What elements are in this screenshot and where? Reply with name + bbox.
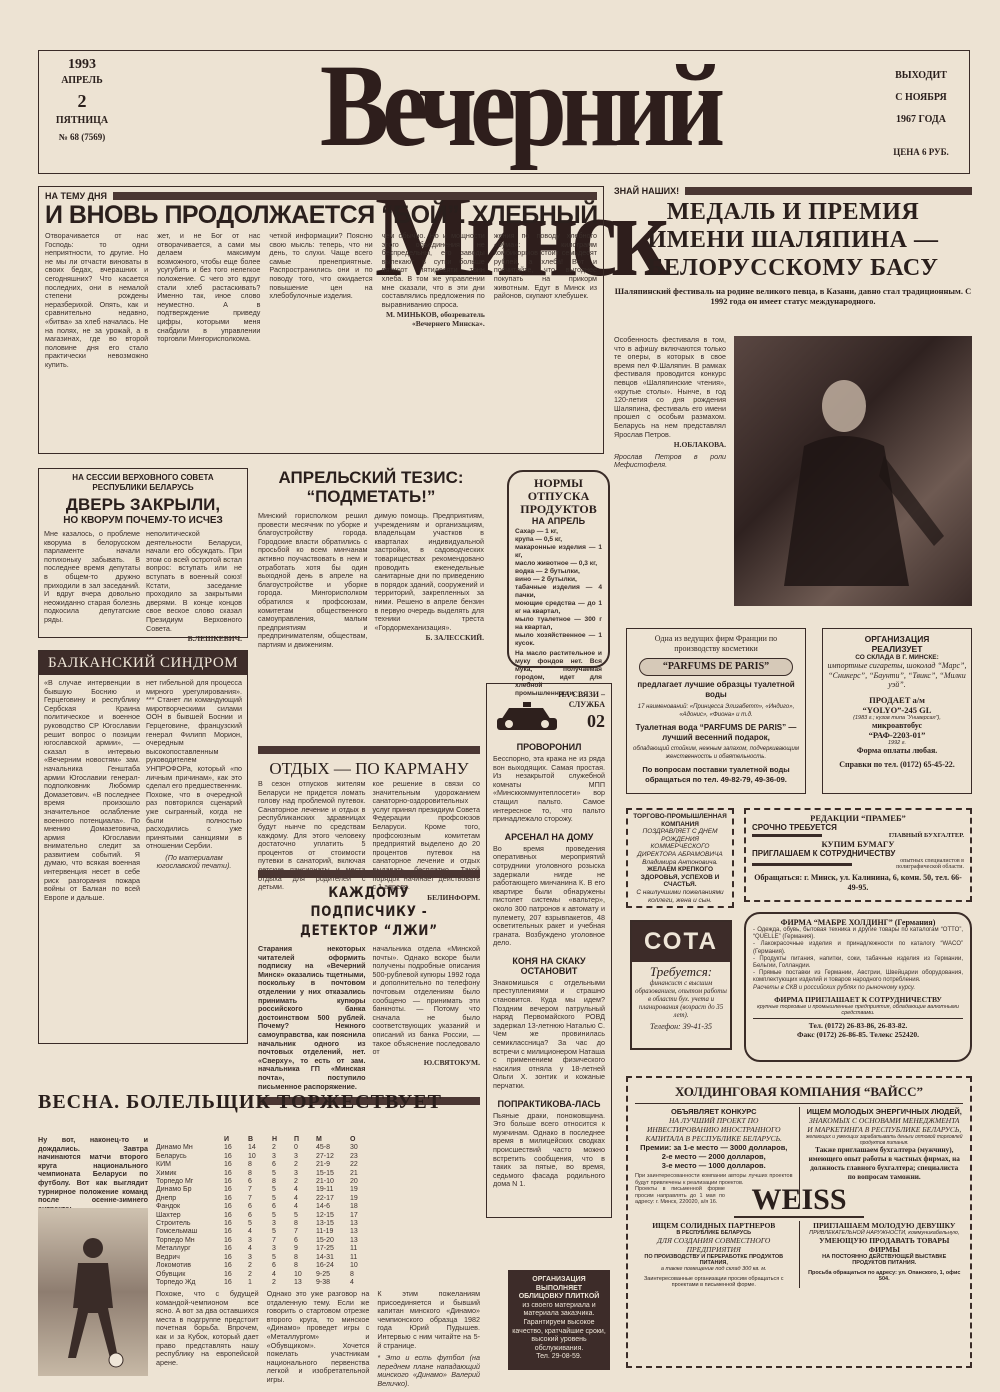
tile-ad: ОРГАНИЗАЦИЯ ВЫПОЛНЯЕТ ОБЛИЦОВКУ ПЛИТКОЙ … bbox=[508, 1270, 610, 1370]
feature-lead: Шаляпинский фестиваль на родине великого… bbox=[614, 286, 972, 306]
lead-article: НА ТЕМУ ДНЯ И ВНОВЬ ПРОДОЛЖАЕТСЯ “БОЙ”. … bbox=[38, 186, 604, 454]
mabre-items: - Одежда, обувь, бытовая техника и други… bbox=[753, 927, 963, 992]
lead-kicker: НА ТЕМУ ДНЯ bbox=[45, 191, 107, 201]
table-row: Строитель1653813-1513 bbox=[156, 1220, 363, 1228]
team-name: Гомсельмаш bbox=[156, 1228, 224, 1236]
parfums-desc: обладающий стойким, нежным запахом, подч… bbox=[633, 746, 799, 761]
stat-cell: 16 bbox=[224, 1186, 248, 1194]
stat-cell: 6 bbox=[272, 1203, 294, 1211]
table-row: Металлург1643917-2511 bbox=[156, 1245, 363, 1253]
balkan-article: БАЛКАНСКИЙ СИНДРОМ «В случае интервенции… bbox=[38, 650, 248, 1044]
stat-cell: 15-20 bbox=[316, 1237, 350, 1245]
team-name: Химик bbox=[156, 1170, 224, 1178]
april-article: АПРЕЛЬСКИЙ ТЕЗИС: “ПОДМЕТАТЬ!” Минский г… bbox=[258, 468, 484, 696]
norms-list: Сахар — 1 кг,крупа — 0,5 кг,макаронные и… bbox=[515, 528, 602, 698]
stat-cell: 7 bbox=[248, 1195, 272, 1203]
stat-cell: 18 bbox=[350, 1203, 363, 1211]
sota-logo: СОТА bbox=[632, 922, 730, 962]
team-name: Торпедо Мг bbox=[156, 1178, 224, 1186]
stat-cell: 3 bbox=[294, 1153, 316, 1161]
stat-cell: 9-38 bbox=[316, 1279, 350, 1287]
stat-cell: 7 bbox=[294, 1228, 316, 1236]
masthead-since-2: С НОЯБРЯ bbox=[881, 87, 961, 109]
lead-col-3: четкой информации? Поясню свою мысль: те… bbox=[269, 232, 372, 370]
stat-cell: 3 bbox=[248, 1237, 272, 1245]
session-kicker: НА СЕССИИ ВЕРХОВНОГО СОВЕТА РЕСПУБЛИКИ Б… bbox=[44, 473, 242, 493]
stat-cell: 14-6 bbox=[316, 1203, 350, 1211]
stat-cell: 6 bbox=[272, 1161, 294, 1169]
greeting-ad: ТОРГОВО-ПРОМЫШЛЕННАЯ КОМПАНИЯ ПОЗДРАВЛЯЕ… bbox=[626, 808, 734, 908]
parfums-list: 17 наименований: «Принцесса Элизабетт», … bbox=[633, 704, 799, 719]
football-headline: ВЕСНА. БОЛЕЛЬЩИК ТОРЖЕСТВУЕТ bbox=[38, 1090, 480, 1114]
stat-cell: 27-12 bbox=[316, 1153, 350, 1161]
stat-cell: 6 bbox=[272, 1262, 294, 1270]
stat-cell: 16 bbox=[224, 1161, 248, 1169]
parfums-intro: Одна из ведущих фирм Франции по производ… bbox=[633, 634, 799, 654]
stat-cell: 21-10 bbox=[316, 1178, 350, 1186]
stat-cell: 6 bbox=[248, 1203, 272, 1211]
lead-col-1: Отворачивается от нас Господь: то одни н… bbox=[45, 232, 148, 370]
feature-text: Особенность фестиваля в том, что в афишу… bbox=[614, 336, 726, 470]
stat-cell: 4 bbox=[294, 1186, 316, 1194]
team-name: Обувщик bbox=[156, 1271, 224, 1279]
stat-cell: 12-15 bbox=[316, 1212, 350, 1220]
team-name: Динамо Мн bbox=[156, 1144, 224, 1152]
stat-cell: 2 bbox=[294, 1161, 316, 1169]
stat-cell: 11-19 bbox=[316, 1228, 350, 1236]
stat-cell: 3 bbox=[272, 1153, 294, 1161]
stat-cell: 6 bbox=[248, 1178, 272, 1186]
stat-cell: 20 bbox=[350, 1178, 363, 1186]
stat-cell: 2 bbox=[272, 1144, 294, 1152]
football-photo bbox=[38, 1208, 148, 1376]
stat-cell: 13 bbox=[294, 1279, 316, 1287]
balkan-columns: «В случае интервенции в бывшую Боснию и … bbox=[39, 675, 247, 906]
stat-cell: 10 bbox=[294, 1271, 316, 1279]
table-row: Динамо Бр1675419-1119 bbox=[156, 1186, 363, 1194]
team-name: Строитель bbox=[156, 1220, 224, 1228]
session-columns: Мне казалось, о проблеме кворума в белор… bbox=[44, 530, 242, 644]
lead-headline: И ВНОВЬ ПРОДОЛЖАЕТСЯ “БОЙ”. ХЛЕБНЫЙ bbox=[45, 201, 597, 229]
lead-columns: Отворачивается от нас Господь: то одни н… bbox=[45, 232, 597, 370]
subscriber-columns: Старания некоторых читателей оформить по… bbox=[258, 945, 480, 1091]
subscriber-article: КАЖДОМУ ПОДПИСЧИКУ - ДЕТЕКТОР “ЛЖИ” Стар… bbox=[258, 870, 480, 1070]
stat-cell: 8 bbox=[294, 1262, 316, 1270]
feature-signature: Н.ОБЛАКОВА. bbox=[614, 441, 726, 450]
stat-cell: 22-17 bbox=[316, 1195, 350, 1203]
arrow-right-icon bbox=[752, 863, 852, 866]
stat-cell: 16 bbox=[224, 1203, 248, 1211]
stat-cell: 16 bbox=[224, 1228, 248, 1236]
stat-cell: 16 bbox=[224, 1195, 248, 1203]
stat-cell: 8 bbox=[248, 1161, 272, 1169]
stat-cell: 5 bbox=[272, 1212, 294, 1220]
stat-cell: 2 bbox=[248, 1262, 272, 1270]
stat-cell: 16 bbox=[224, 1153, 248, 1161]
team-name: Фандок bbox=[156, 1203, 224, 1211]
weiss-logo: WEISS bbox=[734, 1184, 864, 1218]
masthead-since-1: ВЫХОДИТ bbox=[881, 65, 961, 87]
tile-ad-phone: Тел. 29-08-59. bbox=[512, 1353, 606, 1362]
masthead-date-block: 1993 АПРЕЛЬ 2 ПЯТНИЦА № 68 (7569) bbox=[47, 57, 117, 145]
session-headline: ДВЕРЬ ЗАКРЫЛИ, bbox=[44, 495, 242, 515]
stat-cell: 3 bbox=[248, 1254, 272, 1262]
parfums-slogan: Туалетная вода “PARFUMS DE PARIS” — лучш… bbox=[633, 723, 799, 743]
stat-cell: 19 bbox=[350, 1186, 363, 1194]
tile-ad-line2: ВЫПОЛНЯЕТ bbox=[512, 1285, 606, 1294]
stat-cell: 11 bbox=[350, 1254, 363, 1262]
parfums-offer: предлагает лучшие образцы туалетной воды bbox=[633, 680, 799, 700]
stat-cell: 17-25 bbox=[316, 1245, 350, 1253]
org-bus-model: “РАФ-2203-01” bbox=[827, 730, 967, 740]
stat-cell: 3 bbox=[272, 1220, 294, 1228]
stat-cell: 0 bbox=[294, 1144, 316, 1152]
stat-cell: 4 bbox=[350, 1279, 363, 1287]
tile-ad-line3: ОБЛИЦОВКУ ПЛИТКОЙ bbox=[512, 1293, 606, 1302]
parfums-ad: Одна из ведущих фирм Франции по производ… bbox=[626, 628, 806, 794]
masthead-month: АПРЕЛЬ bbox=[47, 73, 117, 89]
lead-col-4: чем обычно. Но и мощности этого объедине… bbox=[382, 232, 485, 370]
feature-caption: Ярослав Петров в роли Мефистофеля. bbox=[614, 453, 726, 470]
table-row: Днепр1675422-1719 bbox=[156, 1195, 363, 1203]
stat-cell: 1 bbox=[248, 1279, 272, 1287]
mabre-ad: ФИРМА “МАБРЕ ХОЛДИНГ” (Германия) - Одежд… bbox=[744, 912, 972, 1062]
org-sells: ПРОДАЕТ а/м bbox=[827, 695, 967, 705]
feature-kicker: ЗНАЙ НАШИХ! bbox=[614, 186, 679, 196]
section-rule bbox=[258, 746, 480, 754]
prameb-urgent: СРОЧНО ТРЕБУЕТСЯ bbox=[752, 823, 964, 832]
stat-cell: 7 bbox=[248, 1186, 272, 1194]
stat-cell: 13 bbox=[350, 1237, 363, 1245]
stat-cell: 8 bbox=[272, 1178, 294, 1186]
weiss-girl: ПРИГЛАШАЕМ МОЛОДУЮ ДЕВУШКУ ПРИВЛЕКАТЕЛЬН… bbox=[800, 1221, 964, 1288]
football-article: ВЕСНА. БОЛЕЛЬЩИК ТОРЖЕСТВУЕТ Ну вот, нак… bbox=[38, 1090, 480, 1385]
org-bus: микроавтобус bbox=[827, 721, 967, 730]
police-column: НА СВЯЗИ – СЛУЖБА 02 ПРОВОРОНИЛ Бесспорн… bbox=[486, 683, 612, 1218]
stat-cell: 4 bbox=[294, 1203, 316, 1211]
sota-ad: СОТА Требуется: финансист с высшим образ… bbox=[630, 920, 732, 1050]
parfums-contact: По вопросам поставки туалетной воды обра… bbox=[633, 765, 799, 784]
table-row: Ведрич1635814-3111 bbox=[156, 1254, 363, 1262]
stat-cell: 5 bbox=[248, 1220, 272, 1228]
police-item: АРСЕНАЛ НА ДОМУ Во время проведения опер… bbox=[493, 832, 605, 948]
balkan-headline: БАЛКАНСКИЙ СИНДРОМ bbox=[39, 651, 247, 675]
stat-cell: 11 bbox=[350, 1245, 363, 1253]
norms-subtitle: НА АПРЕЛЬ bbox=[515, 516, 602, 526]
stat-cell: 21 bbox=[350, 1170, 363, 1178]
lead-col-5: жения по поводу хлебного «бума»: килогра… bbox=[494, 232, 597, 370]
stat-cell: 19 bbox=[350, 1195, 363, 1203]
stat-cell: 8 bbox=[248, 1170, 272, 1178]
masthead: 1993 АПРЕЛЬ 2 ПЯТНИЦА № 68 (7569) Вечерн… bbox=[38, 50, 970, 174]
resort-article: ОТДЫХ — ПО КАРМАНУ В сезон отпусков жите… bbox=[258, 746, 480, 846]
org-title: ОРГАНИЗАЦИЯРЕАЛИЗУЕТ bbox=[827, 634, 967, 654]
table-row: КИМ1686221-922 bbox=[156, 1161, 363, 1169]
stat-cell: 8 bbox=[294, 1254, 316, 1262]
stat-cell: 4 bbox=[272, 1271, 294, 1279]
weiss-partners: ИЩЕМ СОЛИДНЫХ ПАРТНЕРОВ В РЕСПУБЛИКЕ БЕЛ… bbox=[635, 1221, 800, 1288]
stat-cell: 14-31 bbox=[316, 1254, 350, 1262]
team-name: Металлург bbox=[156, 1245, 224, 1253]
team-name: Ведрич bbox=[156, 1254, 224, 1262]
weiss-ad: ХОЛДИНГОВАЯ КОМПАНИЯ “ВАЙСС” ОБЪЯВЛЯЕТ К… bbox=[626, 1076, 972, 1368]
stat-cell: 5 bbox=[272, 1254, 294, 1262]
stat-cell: 5 bbox=[272, 1186, 294, 1194]
team-name: Днепр bbox=[156, 1195, 224, 1203]
team-name: Беларусь bbox=[156, 1153, 224, 1161]
stat-cell: 2 bbox=[272, 1279, 294, 1287]
team-name: Динамо Бр bbox=[156, 1186, 224, 1194]
norms-title: НОРМЫ ОТПУСКА ПРОДУКТОВ bbox=[515, 477, 602, 516]
norms-box: НОРМЫ ОТПУСКА ПРОДУКТОВ НА АПРЕЛЬ Сахар … bbox=[507, 470, 610, 668]
masthead-since-block: ВЫХОДИТ С НОЯБРЯ 1967 ГОДА ЦЕНА 6 РУБ. bbox=[881, 65, 961, 163]
standings-header: ИВНПМО bbox=[156, 1136, 363, 1144]
april-signature: Б. ЗАЛЕССКИЙ. bbox=[375, 634, 485, 643]
stat-cell: 15-15 bbox=[316, 1170, 350, 1178]
subscriber-signature: Ю.СВЯТОКУМ. bbox=[373, 1059, 481, 1068]
stat-cell: 14 bbox=[248, 1144, 272, 1152]
table-row: Обувщик1624109-258 bbox=[156, 1271, 363, 1279]
stat-cell: 17 bbox=[350, 1212, 363, 1220]
stat-cell: 6 bbox=[294, 1237, 316, 1245]
feature-article: ЗНАЙ НАШИХ! МЕДАЛЬ И ПРЕМИЯ ИМЕНИ ШАЛЯПИ… bbox=[614, 186, 972, 606]
stat-cell: 2 bbox=[248, 1271, 272, 1279]
table-row: Беларусь16103327-1223 bbox=[156, 1153, 363, 1161]
stat-cell: 19-11 bbox=[316, 1186, 350, 1194]
table-row: Шахтер1665512-1517 bbox=[156, 1212, 363, 1220]
stat-cell: 16 bbox=[224, 1237, 248, 1245]
april-columns: Минский горисполком решил провести месяч… bbox=[258, 512, 484, 650]
football-bottom-text: Похоже, что с будущей командой-чемпионом… bbox=[156, 1290, 480, 1392]
stat-cell: 13 bbox=[350, 1228, 363, 1236]
sota-text: финансист с высшим образованием, опытом … bbox=[632, 980, 730, 1020]
stat-cell: 2 bbox=[294, 1178, 316, 1186]
stat-cell: 10 bbox=[350, 1262, 363, 1270]
org-car: “YOLYO”-245 GL bbox=[827, 705, 967, 715]
org-goods: импортные сигареты, шоколад “Марс”, “Сни… bbox=[827, 661, 967, 690]
kicker-rule bbox=[113, 192, 597, 200]
stat-cell: 5 bbox=[294, 1212, 316, 1220]
stat-cell: 9-25 bbox=[316, 1271, 350, 1279]
table-row: Локомотив1626816-2410 bbox=[156, 1262, 363, 1270]
org-subtitle: СО СКЛАДА В Г. МИНСКЕ: bbox=[827, 654, 967, 661]
team-name: Локомотив bbox=[156, 1262, 224, 1270]
session-subheadline: НО КВОРУМ ПОЧЕМУ-ТО ИСЧЕЗ bbox=[44, 515, 242, 527]
stat-cell: 3 bbox=[272, 1245, 294, 1253]
team-name: Торпедо Жд bbox=[156, 1279, 224, 1287]
sota-phone: Телефон: 39-41-35 bbox=[632, 1022, 730, 1031]
stat-cell: 6 bbox=[248, 1212, 272, 1220]
stat-cell: 16 bbox=[224, 1144, 248, 1152]
stat-cell: 5 bbox=[272, 1228, 294, 1236]
table-row: Гомсельмаш1645711-1913 bbox=[156, 1228, 363, 1236]
stat-cell: 4 bbox=[248, 1245, 272, 1253]
masthead-price: ЦЕНА 6 РУБ. bbox=[881, 141, 961, 163]
table-row: Химик1685315-1521 bbox=[156, 1170, 363, 1178]
stat-cell: 3 bbox=[294, 1170, 316, 1178]
stat-cell: 7 bbox=[272, 1237, 294, 1245]
singer-photo bbox=[734, 336, 972, 606]
april-headline: АПРЕЛЬСКИЙ ТЕЗИС: “ПОДМЕТАТЬ!” bbox=[258, 468, 484, 506]
masthead-year: 1993 bbox=[47, 57, 117, 73]
feature-headline: МЕДАЛЬ И ПРЕМИЯ ИМЕНИ ШАЛЯПИНА — БЕЛОРУС… bbox=[614, 198, 972, 282]
stat-cell: 13-15 bbox=[316, 1220, 350, 1228]
masthead-weekday: ПЯТНИЦА bbox=[47, 113, 117, 129]
table-row: Динамо Мн16142045-830 bbox=[156, 1144, 363, 1152]
stat-cell: 13 bbox=[350, 1220, 363, 1228]
stat-cell: 16 bbox=[224, 1279, 248, 1287]
stat-cell: 10 bbox=[248, 1153, 272, 1161]
stat-cell: 16 bbox=[224, 1178, 248, 1186]
stat-cell: 5 bbox=[272, 1170, 294, 1178]
stat-cell: 8 bbox=[294, 1220, 316, 1228]
lead-signature: М. МИНЬКОВ, обозреватель «Вечернего Минс… bbox=[382, 311, 485, 328]
prameb-ad: РЕДАКЦИИ “ПРАМЕБ” СРОЧНО ТРЕБУЕТСЯ ГЛАВН… bbox=[744, 808, 972, 902]
team-name: Торпедо Мн bbox=[156, 1237, 224, 1245]
table-row: Фандок1666414-618 bbox=[156, 1203, 363, 1211]
arrow-right-icon bbox=[752, 834, 822, 837]
subscriber-headline: КАЖДОМУ ПОДПИСЧИКУ - ДЕТЕКТОР “ЛЖИ” bbox=[275, 884, 464, 941]
stat-cell: 30 bbox=[350, 1144, 363, 1152]
mephistopheles-figure-icon bbox=[734, 336, 972, 606]
tile-ad-line1: ОРГАНИЗАЦИЯ bbox=[512, 1276, 606, 1285]
stat-cell: 8 bbox=[350, 1271, 363, 1279]
team-name: КИМ bbox=[156, 1161, 224, 1169]
masthead-day: 2 bbox=[47, 89, 117, 113]
team-name: Шахтер bbox=[156, 1212, 224, 1220]
table-row: Торпедо Жд1612139-384 bbox=[156, 1279, 363, 1287]
stat-cell: 9 bbox=[294, 1245, 316, 1253]
sota-required: Требуется: bbox=[632, 964, 730, 980]
masthead-issue: № 68 (7569) bbox=[47, 129, 117, 145]
session-article: НА СЕССИИ ВЕРХОВНОГО СОВЕТА РЕСПУБЛИКИ Б… bbox=[38, 468, 248, 638]
standings-table: ИВНПМО Динамо Мн16142045-830Беларусь1610… bbox=[156, 1136, 363, 1287]
stat-cell: 16 bbox=[224, 1271, 248, 1279]
police-car-icon bbox=[493, 692, 563, 736]
lead-col-2: жет, и не Бог от нас отворачивается, а с… bbox=[157, 232, 260, 370]
weiss-title: ХОЛДИНГОВАЯ КОМПАНИЯ “ВАЙСС” bbox=[635, 1083, 963, 1104]
parfums-brand: “PARFUMS DE PARIS” bbox=[639, 658, 793, 676]
organization-ad: ОРГАНИЗАЦИЯРЕАЛИЗУЕТ СО СКЛАДА В Г. МИНС… bbox=[822, 628, 972, 794]
org-payment: Форма оплаты любая. bbox=[827, 746, 967, 755]
stat-cell: 45-8 bbox=[316, 1144, 350, 1152]
kicker-rule bbox=[685, 187, 972, 195]
stat-cell: 16 bbox=[224, 1245, 248, 1253]
stat-cell: 4 bbox=[248, 1228, 272, 1236]
football-photo-caption: * Это и есть футбол (на переднем плане н… bbox=[377, 1354, 480, 1388]
stat-cell: 22 bbox=[350, 1161, 363, 1169]
stat-cell: 16 bbox=[224, 1262, 248, 1270]
table-row: Торпедо Мн1637615-2013 bbox=[156, 1237, 363, 1245]
session-signature: В.ЛЕШКЕВИЧ. bbox=[146, 635, 242, 644]
police-header-title: НА СВЯЗИ – СЛУЖБА 02 bbox=[558, 690, 605, 732]
balkan-source: (По материалам югославской печати). bbox=[146, 854, 242, 871]
football-intro: Ну вот, наконец-то и дождались. Завтра н… bbox=[38, 1136, 148, 1213]
police-number: 02 bbox=[558, 710, 605, 732]
footballer-figure-icon bbox=[38, 1208, 148, 1376]
stat-cell: 16-24 bbox=[316, 1262, 350, 1270]
section-rule bbox=[258, 870, 480, 878]
resort-headline: ОТДЫХ — ПО КАРМАНУ bbox=[258, 758, 480, 780]
police-item: ПРОВОРОНИЛ Бесспорно, эта кража не из ря… bbox=[493, 742, 605, 824]
stat-cell: 16 bbox=[224, 1254, 248, 1262]
police-item: КОНЯ НА СКАКУ ОСТАНОВИТ Знакомишься с от… bbox=[493, 956, 605, 1091]
stat-cell: 21-9 bbox=[316, 1161, 350, 1169]
stat-cell: 16 bbox=[224, 1170, 248, 1178]
police-header: НА СВЯЗИ – СЛУЖБА 02 bbox=[493, 688, 605, 738]
masthead-since-3: 1967 ГОДА bbox=[881, 109, 961, 131]
police-item: ПОПРАКТИКОВА-ЛАСЬ Пьяные драки, поножовщ… bbox=[493, 1099, 605, 1189]
org-phone: Справки по тел. (0172) 65-45-22. bbox=[827, 760, 967, 769]
stat-cell: 4 bbox=[294, 1195, 316, 1203]
stat-cell: 23 bbox=[350, 1153, 363, 1161]
table-row: Торпедо Мг1668221-1020 bbox=[156, 1178, 363, 1186]
stat-cell: 5 bbox=[272, 1195, 294, 1203]
stat-cell: 16 bbox=[224, 1212, 248, 1220]
tile-ad-text: из своего материала и материала заказчик… bbox=[512, 1302, 606, 1354]
stat-cell: 16 bbox=[224, 1220, 248, 1228]
